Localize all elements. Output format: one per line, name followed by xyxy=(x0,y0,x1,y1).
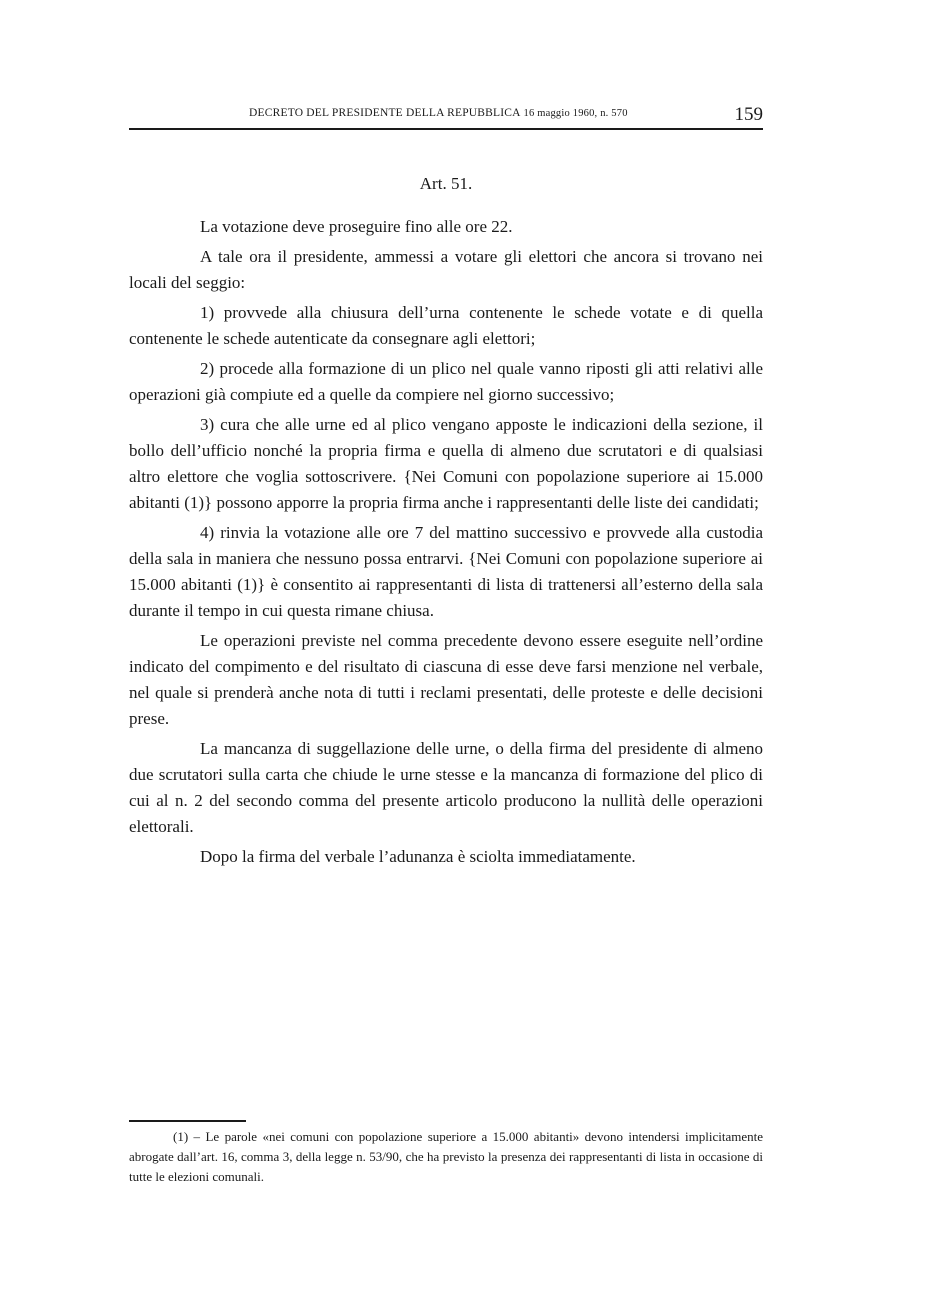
paragraph: A tale ora il presidente, ammessi a vota… xyxy=(129,244,763,296)
footnote: (1) – Le parole «nei comuni con popolazi… xyxy=(129,1127,763,1187)
article-title: Art. 51. xyxy=(129,174,763,194)
running-header-decree: DECRETO DEL PRESIDENTE DELLA REPUBBLICA xyxy=(249,107,521,119)
running-header: DECRETO DEL PRESIDENTE DELLA REPUBBLICA … xyxy=(129,104,763,128)
page-number: 159 xyxy=(735,104,764,126)
footnote-rule xyxy=(129,1120,246,1122)
paragraph: 4) rinvia la votazione alle ore 7 del ma… xyxy=(129,520,763,624)
header-rule xyxy=(129,128,763,130)
running-header-title: DECRETO DEL PRESIDENTE DELLA REPUBBLICA … xyxy=(249,107,628,119)
paragraph: La votazione deve proseguire fino alle o… xyxy=(129,214,763,240)
paragraph: Dopo la firma del verbale l’adunanza è s… xyxy=(129,844,763,870)
paragraph: Le operazioni previste nel comma precede… xyxy=(129,628,763,732)
running-header-date: 16 maggio 1960, n. 570 xyxy=(521,108,628,119)
article-body: La votazione deve proseguire fino alle o… xyxy=(129,214,763,874)
paragraph: 3) cura che alle urne ed al plico vengan… xyxy=(129,412,763,516)
paragraph: La mancanza di suggellazione delle urne,… xyxy=(129,736,763,840)
paragraph: 2) procede alla formazione di un plico n… xyxy=(129,356,763,408)
paragraph: 1) provvede alla chiusura dell’urna cont… xyxy=(129,300,763,352)
